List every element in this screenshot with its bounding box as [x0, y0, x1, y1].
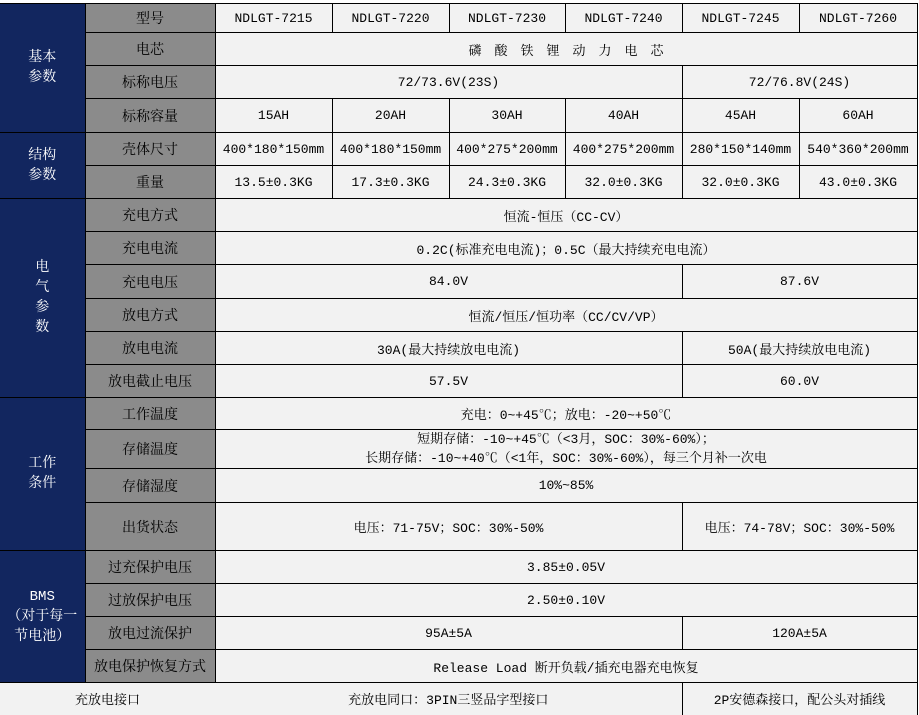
- param-label-overdischarge-protect: 过放保护电压: [85, 584, 215, 617]
- param-label-charge-mode: 充电方式: [85, 199, 215, 232]
- category-electrical-line3: 参: [2, 298, 83, 318]
- param-label-discharge-cutoff: 放电截止电压: [85, 365, 215, 398]
- battery-spec-table: 基本 参数 型号 NDLGT-7215 NDLGT-7220 NDLGT-723…: [0, 3, 918, 715]
- category-bms-line1: BMS: [2, 587, 83, 607]
- param-label-model: 型号: [85, 4, 215, 33]
- value-case-size-5: 280*150*140mm: [682, 133, 799, 166]
- value-storage-temp-line2: 长期存储：-10~+40℃（<1年，SOC：30%-60%），每三个月补一次电: [218, 449, 915, 468]
- category-bms-line2: （对于每一: [2, 607, 83, 627]
- value-discharge-current-right: 50A(最大持续放电电流): [682, 332, 917, 365]
- value-weight-2: 17.3±0.3KG: [332, 166, 449, 199]
- value-charge-current: 0.2C(标准充电电流)；0.5C（最大持续充电电流）: [215, 232, 917, 265]
- value-model-4: NDLGT-7240: [565, 4, 682, 33]
- value-protect-recovery: Release Load 断开负载/插充电器充电恢复: [215, 650, 917, 683]
- value-discharge-cutoff-left: 57.5V: [215, 365, 682, 398]
- param-label-discharge-mode: 放电方式: [85, 299, 215, 332]
- value-model-5: NDLGT-7245: [682, 4, 799, 33]
- value-overcurrent-protect-right: 120A±5A: [682, 617, 917, 650]
- footer-port-right: 2P安德森接口，配公头对插线: [682, 683, 917, 715]
- value-case-size-2: 400*180*150mm: [332, 133, 449, 166]
- value-weight-1: 13.5±0.3KG: [215, 166, 332, 199]
- param-label-case-size: 壳体尺寸: [85, 133, 215, 166]
- value-cell-type: 磷 酸 铁 锂 动 力 电 芯: [215, 33, 917, 66]
- value-overcurrent-protect-left: 95A±5A: [215, 617, 682, 650]
- value-model-2: NDLGT-7220: [332, 4, 449, 33]
- value-storage-temp: 短期存储：-10~+45℃（<3月，SOC：30%-60%）； 长期存储：-10…: [215, 430, 917, 469]
- value-weight-3: 24.3±0.3KG: [449, 166, 565, 199]
- param-label-overcharge-protect: 过充保护电压: [85, 551, 215, 584]
- value-shipping-state-right: 电压：74-78V；SOC：30%-50%: [682, 503, 917, 551]
- value-charge-mode: 恒流-恒压（CC-CV）: [215, 199, 917, 232]
- value-model-3: NDLGT-7230: [449, 4, 565, 33]
- category-working-conditions: 工作 条件: [0, 398, 85, 551]
- value-discharge-mode: 恒流/恒压/恒功率（CC/CV/VP）: [215, 299, 917, 332]
- value-shipping-state-left: 电压：71-75V；SOC：30%-50%: [215, 503, 682, 551]
- category-bms: BMS （对于每一 节电池）: [0, 551, 85, 683]
- param-label-charge-voltage: 充电电压: [85, 265, 215, 299]
- value-capacity-5: 45AH: [682, 99, 799, 133]
- value-storage-temp-line1: 短期存储：-10~+45℃（<3月，SOC：30%-60%）；: [218, 430, 915, 449]
- value-storage-humidity: 10%~85%: [215, 469, 917, 503]
- value-nominal-voltage-24s: 72/76.8V(24S): [682, 66, 917, 99]
- value-overdischarge-protect: 2.50±0.10V: [215, 584, 917, 617]
- value-capacity-2: 20AH: [332, 99, 449, 133]
- category-electrical-line1: 电: [2, 258, 83, 278]
- value-discharge-cutoff-right: 60.0V: [682, 365, 917, 398]
- value-capacity-1: 15AH: [215, 99, 332, 133]
- value-model-1: NDLGT-7215: [215, 4, 332, 33]
- param-label-discharge-current: 放电电流: [85, 332, 215, 365]
- value-weight-5: 32.0±0.3KG: [682, 166, 799, 199]
- category-structure-line1: 结构: [2, 146, 83, 166]
- param-label-storage-humidity: 存储湿度: [85, 469, 215, 503]
- value-capacity-4: 40AH: [565, 99, 682, 133]
- value-case-size-6: 540*360*200mm: [799, 133, 917, 166]
- param-label-shipping-state: 出货状态: [85, 503, 215, 551]
- value-case-size-4: 400*275*200mm: [565, 133, 682, 166]
- category-structure-line2: 参数: [2, 166, 83, 186]
- value-weight-4: 32.0±0.3KG: [565, 166, 682, 199]
- footer-port-label: 充放电接口: [0, 683, 215, 715]
- param-label-cell-type: 电芯: [85, 33, 215, 66]
- category-working-line2: 条件: [2, 474, 83, 494]
- value-working-temp: 充电：0~+45℃；放电：-20~+50℃: [215, 398, 917, 430]
- category-basic-params: 基本 参数: [0, 4, 85, 133]
- value-overcharge-protect: 3.85±0.05V: [215, 551, 917, 584]
- value-model-6: NDLGT-7260: [799, 4, 917, 33]
- category-electrical-params: 电 气 参 数: [0, 199, 85, 398]
- category-electrical-line4: 数: [2, 318, 83, 338]
- value-charge-voltage-left: 84.0V: [215, 265, 682, 299]
- param-label-storage-temp: 存储温度: [85, 430, 215, 469]
- param-label-working-temp: 工作温度: [85, 398, 215, 430]
- category-working-line1: 工作: [2, 454, 83, 474]
- category-structure-params: 结构 参数: [0, 133, 85, 199]
- param-label-overcurrent-protect: 放电过流保护: [85, 617, 215, 650]
- value-nominal-voltage-23s: 72/73.6V(23S): [215, 66, 682, 99]
- value-case-size-3: 400*275*200mm: [449, 133, 565, 166]
- category-electrical-line2: 气: [2, 278, 83, 298]
- param-label-nominal-capacity: 标称容量: [85, 99, 215, 133]
- value-case-size-1: 400*180*150mm: [215, 133, 332, 166]
- footer-port-middle: 充放电同口：3PIN三竖品字型接口: [215, 683, 682, 715]
- value-capacity-3: 30AH: [449, 99, 565, 133]
- param-label-charge-current: 充电电流: [85, 232, 215, 265]
- category-bms-line3: 节电池）: [2, 627, 83, 647]
- value-weight-6: 43.0±0.3KG: [799, 166, 917, 199]
- param-label-nominal-voltage: 标称电压: [85, 66, 215, 99]
- value-capacity-6: 60AH: [799, 99, 917, 133]
- category-basic-line2: 参数: [2, 68, 83, 88]
- value-charge-voltage-right: 87.6V: [682, 265, 917, 299]
- param-label-weight: 重量: [85, 166, 215, 199]
- category-basic-line1: 基本: [2, 48, 83, 68]
- value-discharge-current-left: 30A(最大持续放电电流): [215, 332, 682, 365]
- param-label-protect-recovery: 放电保护恢复方式: [85, 650, 215, 683]
